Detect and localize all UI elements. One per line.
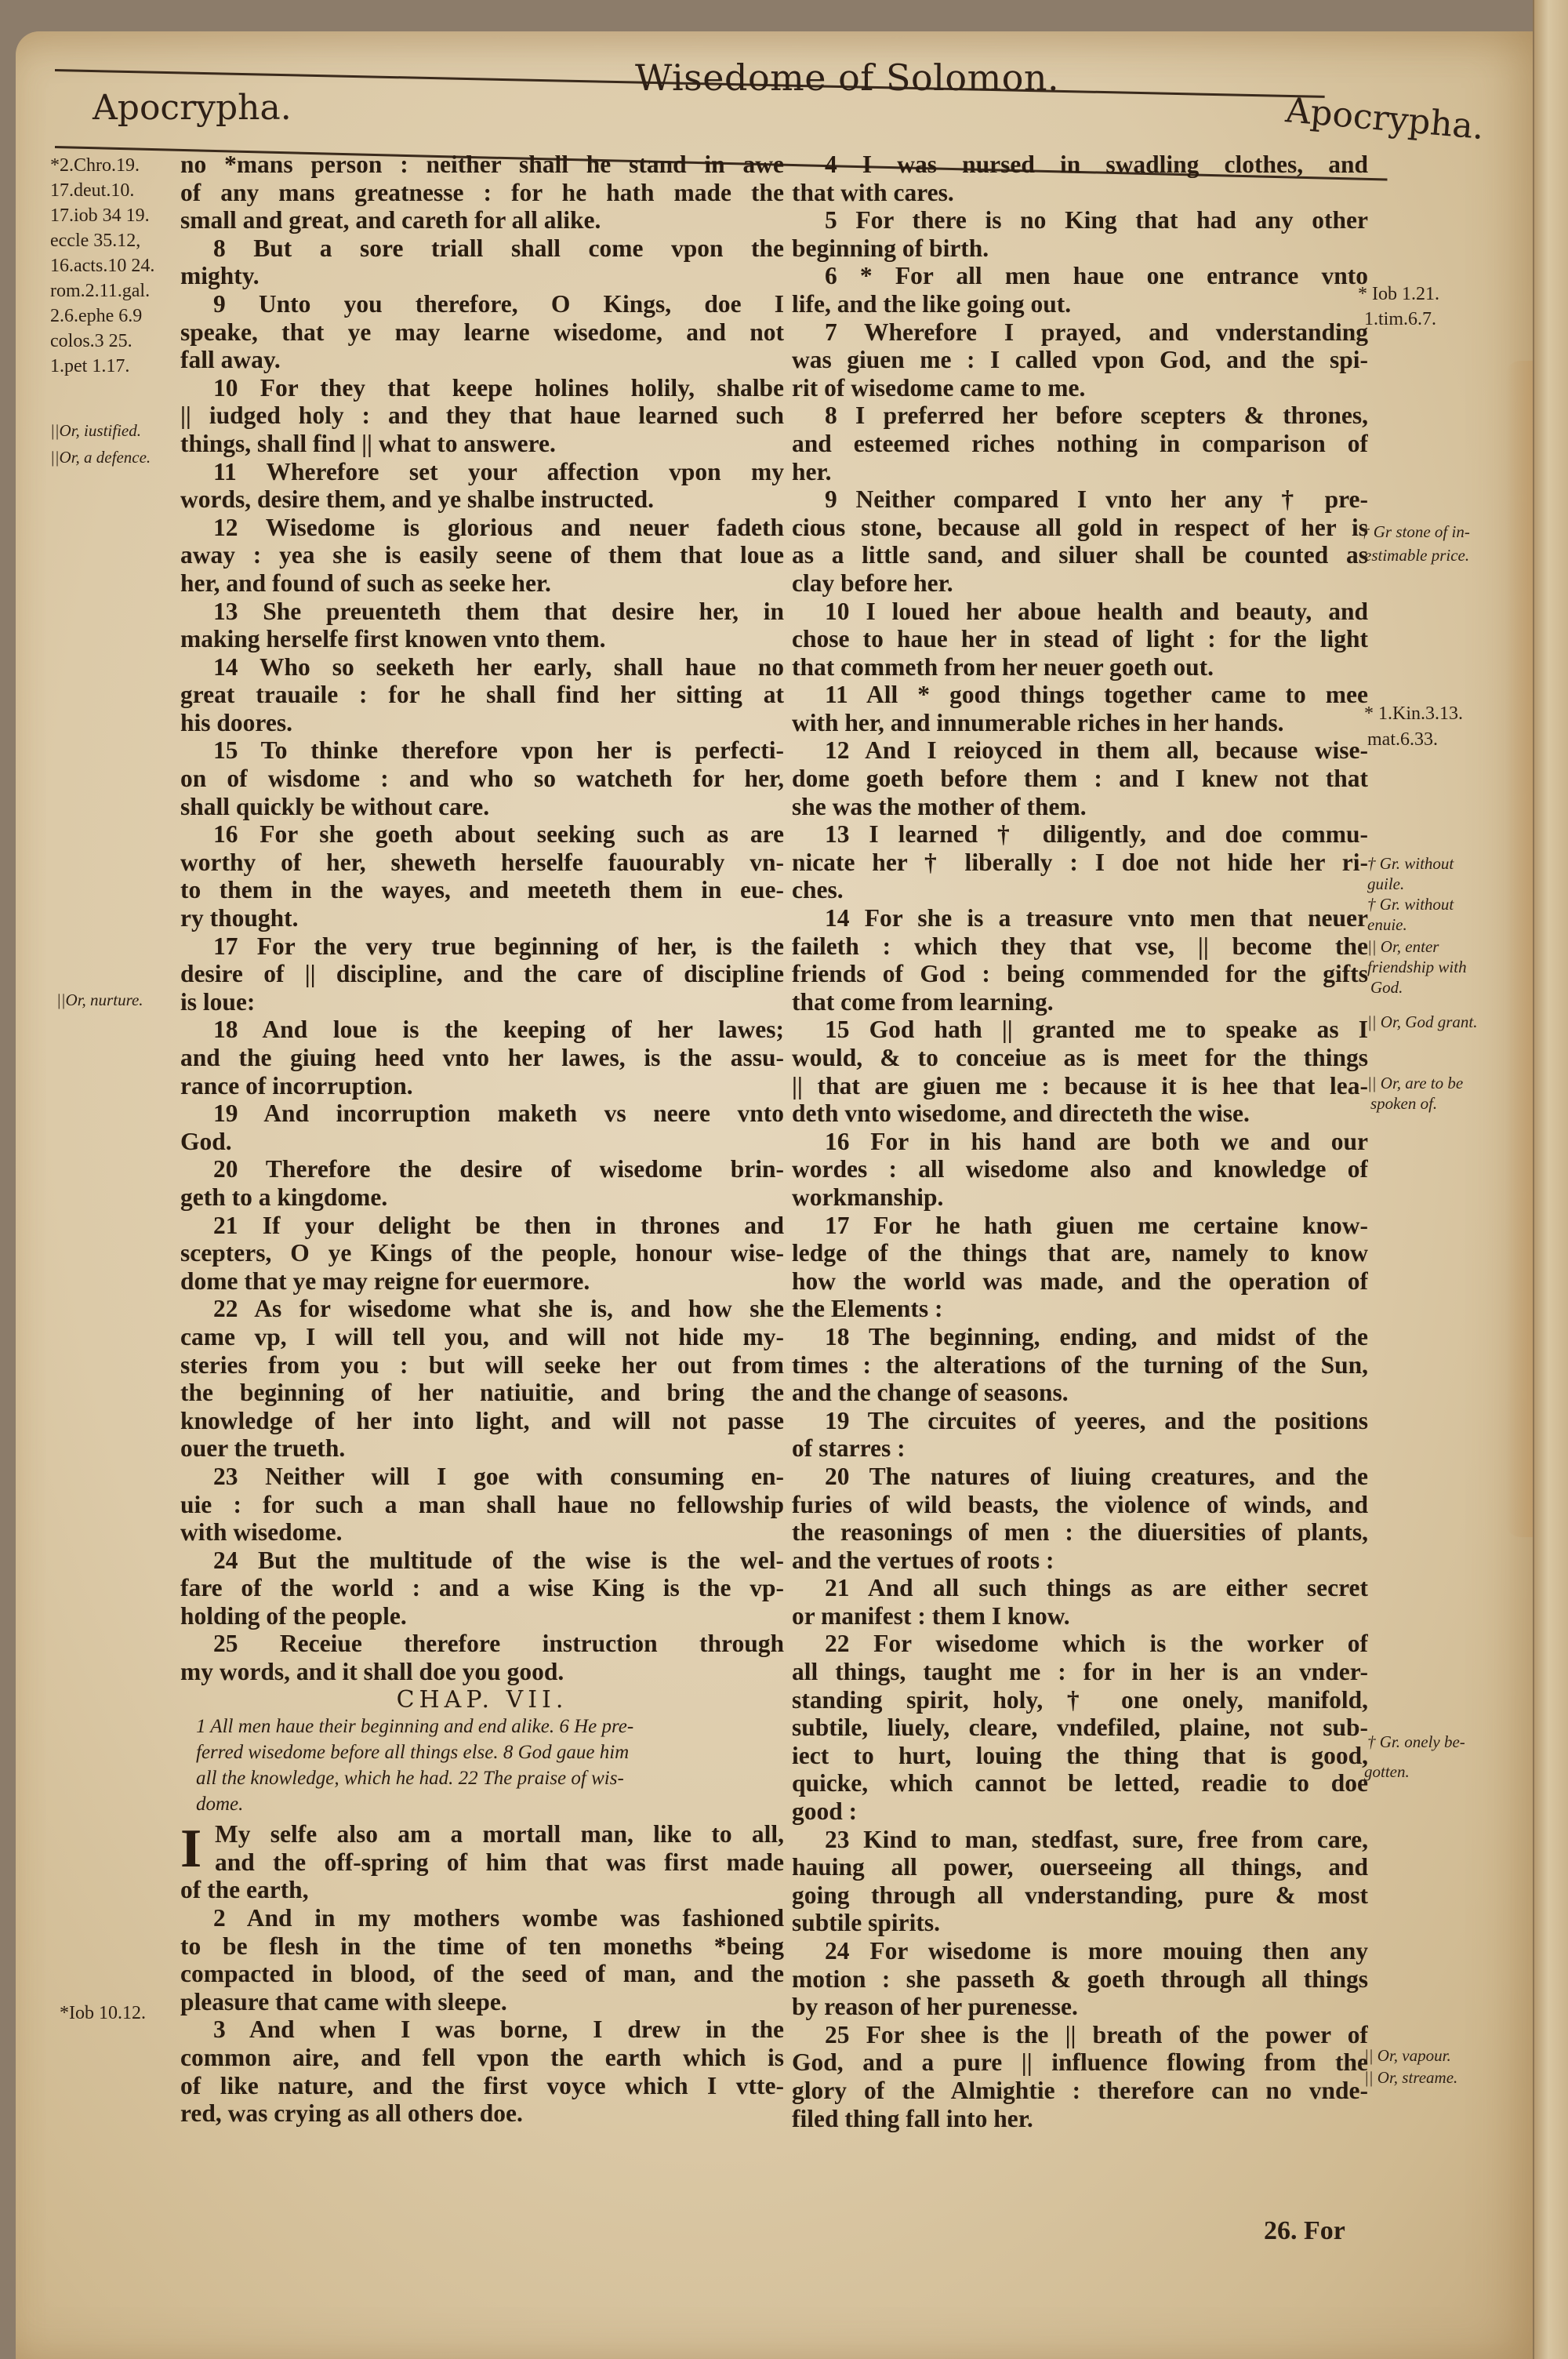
text-line: life, and the like going out. <box>792 290 1368 318</box>
text-line: chose to haue her in stead of light : fo… <box>792 625 1368 653</box>
text-line: by reason of her purenesse. <box>792 1993 1368 2021</box>
text-line: 20 The natures of liuing creatures, and … <box>792 1463 1368 1491</box>
text-line: and the giuing heed vnto her lawes, is t… <box>180 1044 784 1072</box>
margin-note: * Iob 1.21. <box>1358 282 1439 306</box>
right-text-column: 4 I was nursed in swadling clothes, andt… <box>792 151 1368 2132</box>
text-line: subtile spirits. <box>792 1909 1368 1937</box>
text-line: standing spirit, holy, † one onely, mani… <box>792 1686 1368 1714</box>
text-line: of like nature, and the first voyce whic… <box>180 2072 784 2100</box>
text-line: glory of the Almightie : therefore can n… <box>792 2077 1368 2105</box>
text-line: 17 For he hath giuen me certaine know- <box>792 1212 1368 1240</box>
text-line: 2 And in my mothers wombe was fashioned <box>180 1904 784 1932</box>
chapter-summary-line: dome. <box>180 1791 784 1817</box>
left-text-column: no *mans person : neither shall he stand… <box>180 151 784 2128</box>
margin-note: † Gr. without <box>1367 853 1454 874</box>
text-line: 16 For she goeth about seeking such as a… <box>180 820 784 849</box>
margin-note: † Gr. without <box>1367 894 1454 914</box>
text-line: and the change of seasons. <box>792 1379 1368 1407</box>
margin-note: ||Or, iustified. <box>50 420 141 441</box>
text-line: 5 For there is no King that had any othe… <box>792 206 1368 234</box>
text-line: hauing all power, ouerseeing all things,… <box>792 1853 1368 1881</box>
margin-note: || Or, are to be <box>1367 1073 1463 1093</box>
text-line: as a little sand, and siluer shall be co… <box>792 541 1368 569</box>
chapter-heading: CHAP. VII. <box>180 1686 784 1714</box>
margin-note: ||Or, nurture. <box>56 990 143 1010</box>
text-line: with wisedome. <box>180 1518 784 1547</box>
text-line: with her, and innumerable riches in her … <box>792 709 1368 737</box>
text-line: that with cares. <box>792 179 1368 207</box>
text-line: or manifest : them I know. <box>792 1602 1368 1630</box>
margin-note: eccle 35.12, <box>50 229 140 253</box>
text-line: 17 For the very true beginning of her, i… <box>180 932 784 961</box>
margin-note: 16.acts.10 24. <box>50 254 154 278</box>
text-line: quicke, which cannot be letted, readie t… <box>792 1769 1368 1797</box>
margin-note: 1.tim.6.7. <box>1364 307 1436 331</box>
text-line: 7 Wherefore I prayed, and vnderstanding <box>792 318 1368 347</box>
text-line: beginning of birth. <box>792 234 1368 263</box>
text-line: she was the mother of them. <box>792 793 1368 821</box>
text-line: 21 And all such things as are either sec… <box>792 1574 1368 1602</box>
text-line: to them in the wayes, and meeteth them i… <box>180 876 784 904</box>
text-line: geth to a kingdome. <box>180 1183 784 1212</box>
text-line: ledge of the things that are, namely to … <box>792 1239 1368 1267</box>
text-line: was giuen me : I called vpon God, and th… <box>792 346 1368 374</box>
text-line: her, and found of such as seeke her. <box>180 569 784 598</box>
margin-note: 1.pet 1.17. <box>50 354 129 378</box>
text-line: 18 And loue is the keeping of her lawes; <box>180 1016 784 1044</box>
text-line: mighty. <box>180 262 784 290</box>
text-line: shall quickly be without care. <box>180 793 784 821</box>
text-line: 10 For they that keepe holines holily, s… <box>180 374 784 402</box>
text-line: 11 All * good things together came to me… <box>792 681 1368 709</box>
text-line: his doores. <box>180 709 784 737</box>
text-line: || iudged holy : and they that haue lear… <box>180 402 784 430</box>
text-line: ouer the trueth. <box>180 1434 784 1463</box>
margin-note: friendship with <box>1367 957 1467 977</box>
text-line: came vp, I will tell you, and will not h… <box>180 1323 784 1351</box>
text-line: clay before her. <box>792 569 1368 598</box>
text-line: 23 Kind to man, stedfast, sure, free fro… <box>792 1826 1368 1854</box>
text-line: 19 And incorruption maketh vs neere vnto <box>180 1100 784 1128</box>
text-line: dome goeth before them : and I knew not … <box>792 765 1368 793</box>
text-line: 20 Therefore the desire of wisedome brin… <box>180 1155 784 1183</box>
text-line: to be flesh in the time of ten moneths *… <box>180 1932 784 1961</box>
text-line: 11 Wherefore set your affection vpon my <box>180 458 784 486</box>
text-line: compacted in blood, of the seed of man, … <box>180 1960 784 1988</box>
margin-note: enuie. <box>1367 914 1407 935</box>
text-line: God. <box>180 1128 784 1156</box>
text-line: 10 I loued her aboue health and beauty, … <box>792 598 1368 626</box>
text-line: and esteemed riches nothing in compariso… <box>792 430 1368 458</box>
text-line: knowledge of her into light, and will no… <box>180 1407 784 1435</box>
text-line: wordes : all wisedome also and knowledge… <box>792 1155 1368 1183</box>
text-line: 23 Neither will I goe with consuming en- <box>180 1463 784 1491</box>
text-line: 21 If your delight be then in thrones an… <box>180 1212 784 1240</box>
text-line: that commeth from her neuer goeth out. <box>792 653 1368 682</box>
margin-note: rom.2.11.gal. <box>50 279 150 303</box>
text-line: 12 Wisedome is glorious and neuer fadeth <box>180 514 784 542</box>
text-line: 13 She preuenteth them that desire her, … <box>180 598 784 626</box>
text-line: 12 And I reioyced in them all, because w… <box>792 736 1368 765</box>
text-line: furies of wild beasts, the violence of w… <box>792 1491 1368 1519</box>
text-line: 19 The circuites of yeeres, and the posi… <box>792 1407 1368 1435</box>
margin-note: || Or, vapour. <box>1364 2045 1451 2066</box>
text-line: 3 And when I was borne, I drew in the <box>180 2016 784 2044</box>
text-line: holding of the people. <box>180 1602 784 1630</box>
chapter-body: IMy selfe also am a mortall man, like to… <box>180 1820 784 2128</box>
text-line: 4 I was nursed in swadling clothes, and <box>792 151 1368 179</box>
margin-note: ||Or, a defence. <box>50 447 151 467</box>
text-line: 14 Who so seeketh her early, shall haue … <box>180 653 784 682</box>
text-line: 24 For wisedome is more mouing then any <box>792 1937 1368 1965</box>
header-left-label: Apocrypha. <box>93 88 292 128</box>
text-line: 15 God hath || granted me to speake as I <box>792 1016 1368 1044</box>
margin-note: mat.6.33. <box>1367 728 1438 751</box>
margin-note: || Or, enter <box>1367 936 1439 957</box>
chapter-summary-line: all the knowledge, which he had. 22 The … <box>180 1765 784 1791</box>
text-line: fare of the world : and a wise King is t… <box>180 1574 784 1602</box>
text-line: and the off-spring of him that was first… <box>180 1848 784 1877</box>
text-line: of the earth, <box>180 1876 784 1904</box>
margin-note: colos.3 25. <box>50 329 132 353</box>
text-line: 18 The beginning, ending, and midst of t… <box>792 1323 1368 1351</box>
text-line: the beginning of her natiuitie, and brin… <box>180 1379 784 1407</box>
text-line: pleasure that came with sleepe. <box>180 1988 784 2016</box>
margin-note: || Or, streame. <box>1364 2067 1457 2088</box>
text-line: 9 Neither compared I vnto her any † pre- <box>792 485 1368 514</box>
text-line: words, desire them, and ye shalbe instru… <box>180 485 784 514</box>
text-line: no *mans person : neither shall he stand… <box>180 151 784 179</box>
text-line: all things, taught me : for in her is an… <box>792 1658 1368 1686</box>
text-line: would, & to conceiue as is meet for the … <box>792 1044 1368 1072</box>
text-line: my words, and it shall doe you good. <box>180 1658 784 1686</box>
text-line: 25 Receiue therefore instruction through <box>180 1630 784 1658</box>
text-line: God, and a pure || influence flowing fro… <box>792 2048 1368 2077</box>
text-line: how the world was made, and the operatio… <box>792 1267 1368 1296</box>
running-title: Wisedome of Solomon. <box>635 56 1059 99</box>
catchword: 26. For <box>1264 2216 1345 2246</box>
text-line: common aire, and fell vpon the earth whi… <box>180 2044 784 2072</box>
text-line: 16 For in his hand are both we and our <box>792 1128 1368 1156</box>
text-line: filed thing fall into her. <box>792 2105 1368 2133</box>
text-line: away : yea she is easily seene of them t… <box>180 541 784 569</box>
margin-note: *Iob 10.12. <box>60 2001 146 2025</box>
margin-note: spoken of. <box>1370 1093 1437 1114</box>
text-line: red, was crying as all others doe. <box>180 2099 784 2128</box>
margin-note: God. <box>1370 977 1403 998</box>
text-line: and the vertues of roots : <box>792 1547 1368 1575</box>
text-line: steries from you : but will seeke her ou… <box>180 1351 784 1379</box>
text-line: friends of God : being commended for the… <box>792 960 1368 988</box>
text-line: uie : for such a man shall haue no fello… <box>180 1491 784 1519</box>
text-line: workmanship. <box>792 1183 1368 1212</box>
text-line: 8 But a sore triall shall come vpon the <box>180 234 784 263</box>
text-line: the reasonings of men : the diuersities … <box>792 1518 1368 1547</box>
text-line: dome that ye may reigne for euermore. <box>180 1267 784 1296</box>
margin-note: estimable price. <box>1364 545 1469 565</box>
adjacent-page-edge <box>1533 0 1568 2359</box>
text-line: that come from learning. <box>792 988 1368 1016</box>
text-line: cious stone, because all gold in respect… <box>792 514 1368 542</box>
text-line: faileth : which they that vse, || become… <box>792 932 1368 961</box>
text-line: desire of || discipline, and the care of… <box>180 960 784 988</box>
text-line: nicate her † liberally : I doe not hide … <box>792 849 1368 877</box>
text-line: things, shall find || what to answere. <box>180 430 784 458</box>
text-line: 6 * For all men haue one entrance vnto <box>792 262 1368 290</box>
text-line: deth vnto wisedome, and directeth the wi… <box>792 1100 1368 1128</box>
text-line: ry thought. <box>180 904 784 932</box>
text-line: making herselfe first knowen vnto them. <box>180 625 784 653</box>
text-line: 22 As for wisedome what she is, and how … <box>180 1295 784 1323</box>
margin-note: 17.iob 34 19. <box>50 204 150 227</box>
text-line: 8 I preferred her before scepters & thro… <box>792 402 1368 430</box>
text-line: subtile, liuely, cleare, vndefiled, plai… <box>792 1714 1368 1742</box>
chapter-summary-line: 1 All men haue their beginning and end a… <box>180 1714 784 1739</box>
text-line: iect to hurt, louing the thing that is g… <box>792 1742 1368 1770</box>
text-line: of any mans greatnesse : for he hath mad… <box>180 179 784 207</box>
text-line: worthy of her, sheweth herselfe fauourab… <box>180 849 784 877</box>
text-line: is loue: <box>180 988 784 1016</box>
text-line: ches. <box>792 876 1368 904</box>
text-line: 25 For shee is the || breath of the powe… <box>792 2021 1368 2049</box>
margin-note: 17.deut.10. <box>50 179 134 202</box>
text-line: great trauaile : for he shall find her s… <box>180 681 784 709</box>
text-line: motion : she passeth & goeth through all… <box>792 1965 1368 1994</box>
text-line: || that are giuen me : because it is hee… <box>792 1072 1368 1100</box>
chapter-summary-line: ferred wisedome before all things else. … <box>180 1739 784 1765</box>
text-line: good : <box>792 1797 1368 1826</box>
text-line: fall away. <box>180 346 784 374</box>
text-line: 13 I learned † diligently, and doe commu… <box>792 820 1368 849</box>
margin-note: guile. <box>1367 874 1404 894</box>
text-line: rit of wisedome came to me. <box>792 374 1368 402</box>
margin-note: † Gr. onely be- <box>1367 1732 1465 1752</box>
text-line: 9 Unto you therefore, O Kings, doe I <box>180 290 784 318</box>
text-line: 14 For she is a treasure vnto men that n… <box>792 904 1368 932</box>
text-line: of starres : <box>792 1434 1368 1463</box>
margin-note: || Or, God grant. <box>1367 1012 1477 1032</box>
text-line: her. <box>792 458 1368 486</box>
margin-note: † Gr stone of in- <box>1361 522 1470 542</box>
text-line: the Elements : <box>792 1295 1368 1323</box>
text-line: rance of incorruption. <box>180 1072 784 1100</box>
text-line: times : the alterations of the turning o… <box>792 1351 1368 1379</box>
margin-note: gotten. <box>1364 1761 1410 1782</box>
text-line: going through all vnderstanding, pure & … <box>792 1881 1368 1910</box>
text-line: 22 For wisedome which is the worker of <box>792 1630 1368 1658</box>
text-line: scepters, O ye Kings of the people, hono… <box>180 1239 784 1267</box>
text-line: 15 To thinke therefore vpon her is perfe… <box>180 736 784 765</box>
margin-note: *2.Chro.19. <box>50 154 140 177</box>
text-line: speake, that ye may learne wisedome, and… <box>180 318 784 347</box>
text-line: on of wisdome : and who so watcheth for … <box>180 765 784 793</box>
margin-note: 2.6.ephe 6.9 <box>50 304 142 328</box>
margin-note: * 1.Kin.3.13. <box>1364 702 1463 725</box>
text-line: My selfe also am a mortall man, like to … <box>180 1820 784 1848</box>
text-line: small and great, and careth for all alik… <box>180 206 784 234</box>
text-line: 24 But the multitude of the wise is the … <box>180 1547 784 1575</box>
